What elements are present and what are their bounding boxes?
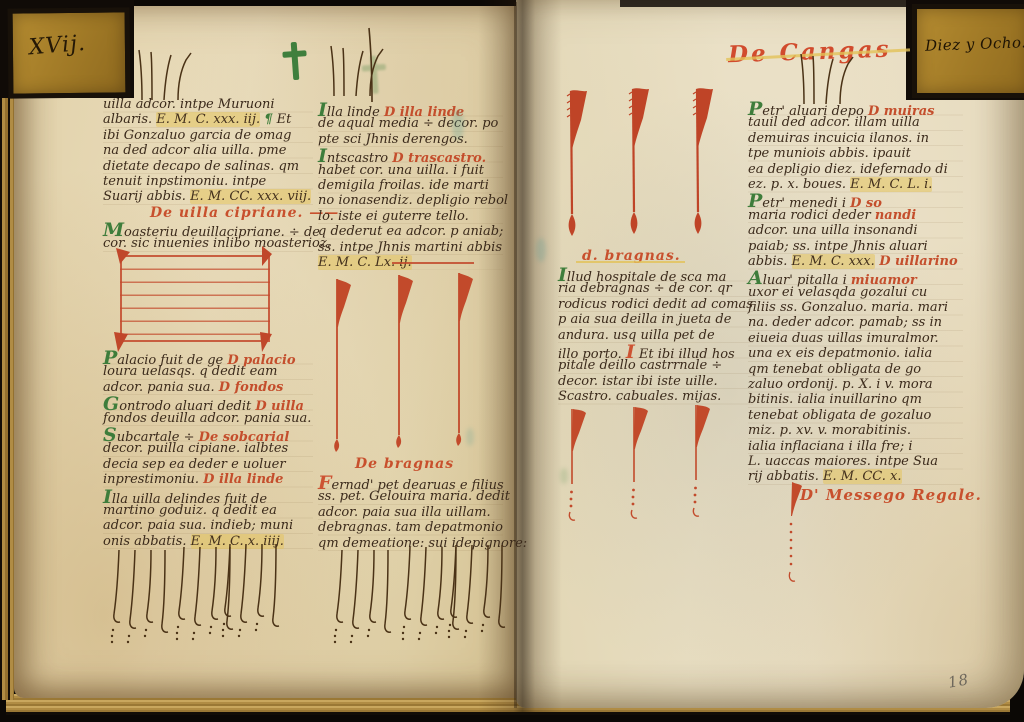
- text-segment: adcor. pania sua.: [103, 380, 219, 395]
- manuscript-line: tenebat obligata de gozaluo: [748, 408, 963, 423]
- text-segment: decor. istar ibi iste uille.: [558, 374, 718, 389]
- text-segment: L. uaccas maiores. intpe Sua: [748, 454, 938, 469]
- text-segment: adcor. paia sua illa uillam.: [318, 505, 491, 520]
- rubric-bragnas-left: De bragnas: [355, 456, 454, 472]
- manuscript-line: Subcartale ÷ De sobcarial: [103, 426, 313, 441]
- manuscript-line: illo porto. I Et ibi illud hos: [558, 343, 753, 358]
- text-segment: paiab; ss. intpe Jhnis aluari: [748, 239, 928, 254]
- text-segment: tenebat obligata de gozaluo: [748, 408, 931, 423]
- manuscript-line: eiueia duas uillas imuralmor.: [748, 331, 963, 346]
- text-segment: no ionasendiz. depligio rebol: [318, 193, 508, 208]
- manuscript-line: de aqual media ÷ decor. po: [318, 116, 503, 131]
- manuscript-line: na. deder adcor. pamab; ss in: [748, 315, 963, 330]
- manuscript-line: adcor. pania sua. D fondos: [103, 380, 313, 395]
- manuscript-line: filiis ss. Gonzaluo. maria. mari: [748, 300, 963, 315]
- text-block: Palacio fuit de ge D palacio loura uelas…: [103, 349, 313, 549]
- teal-smudge: [466, 428, 474, 446]
- text-segment: E. M. C. L. i.: [850, 177, 932, 192]
- text-segment: ss. pet. Gelouira maria. dedit: [318, 489, 510, 504]
- text-segment: lo. iste ei guterre tello.: [318, 209, 469, 224]
- manuscript-line: andura. usq uilla pet de: [558, 328, 753, 343]
- ink-flourish-icon: [130, 48, 200, 102]
- folio-tab-left: XVij.: [8, 7, 131, 98]
- text-segment: E. M. C. xxx.: [792, 254, 875, 269]
- manuscript-line: ria debragnas ÷ de cor. qr: [558, 281, 753, 296]
- manuscript-line: adcor. una uilla insonandi: [748, 223, 963, 238]
- text-segment: bitinis. ialia inuillarino qm: [748, 392, 922, 407]
- manuscript-line: Intscastro D trascastro.: [318, 147, 503, 162]
- text-segment: adcor. paia sua. indieb; muni: [103, 518, 293, 533]
- manuscript-line: ss. intpe Jhnis martini abbis: [318, 240, 503, 255]
- folio-tab-right: Diez y Ocho.: [912, 4, 1024, 98]
- manuscript-line: uilla adcor. intpe Muruoni: [103, 97, 313, 112]
- text-segment: tauil ded adcor. illam uilla: [748, 115, 920, 130]
- text-segment: ss. intpe Jhnis martini abbis: [318, 240, 502, 255]
- text-segment: E. M. CC. xxx. viij.: [190, 189, 311, 204]
- red-box-corner-flags-icon: [104, 240, 284, 352]
- manuscript-line: Petr' aluari depo D muiras: [748, 100, 963, 115]
- manuscript-line: adcor. paia sua illa uillam.: [318, 505, 503, 520]
- text-block: Fernad' pet dearuas e filius ss. pet. Ge…: [318, 474, 503, 551]
- text-segment: ria debragnas ÷ de cor. qr: [558, 281, 732, 296]
- text-segment: martino goduiz. q dedit ea: [103, 503, 277, 518]
- manuscript-line: qm tenebat obligata de go: [748, 362, 963, 377]
- text-segment: ¶: [264, 112, 272, 127]
- manuscript-line: paiab; ss. intpe Jhnis aluari: [748, 239, 963, 254]
- manuscript-line: Illa uilla delindes fuit de: [103, 488, 313, 503]
- red-pennant-dotted-icon: [566, 408, 596, 533]
- rubric-bragnas-right: d. bragnas.: [582, 248, 681, 264]
- text-segment: Scastro. cabuales. mijas.: [558, 389, 721, 404]
- manuscript-line: Illa linde D illa linde: [318, 101, 503, 116]
- text-segment: albaris.: [103, 112, 156, 127]
- manuscript-line: fondos deuilla adcor. pania sua.: [103, 411, 313, 426]
- text-segment: nandi: [875, 208, 916, 223]
- red-pennant-dotted-icon: [786, 482, 810, 592]
- manuscript-line: dietate decapo de salinas. qm: [103, 159, 313, 174]
- green-smudge: [560, 468, 568, 484]
- manuscript-line: debragnas. tam depatmonio: [318, 520, 503, 535]
- manuscript-line: Moasteriu deuillacipriane. ÷ de: [103, 221, 313, 236]
- text-segment: habet cor. una uilla. i fuit: [318, 163, 484, 178]
- text-segment: D fondos: [219, 380, 284, 395]
- text-segment: na. deder adcor. pamab; ss in: [748, 315, 942, 330]
- red-pennant-dotted-icon: [690, 404, 720, 529]
- left-page-edges: [0, 60, 14, 700]
- manuscript-line: ea depligio diez. idefernado di: [748, 162, 963, 177]
- text-block: Illa linde D illa linde de aqual media ÷…: [318, 101, 503, 270]
- text-segment: qm tenebat obligata de go: [748, 362, 921, 377]
- text-segment: decor. puilla cipiane. ialbtes: [103, 441, 288, 456]
- text-segment: filiis ss. Gonzaluo. maria. mari: [748, 300, 948, 315]
- ink-descenders-icon: [442, 545, 522, 645]
- text-segment: uxor ei velasqda gozalui cu: [748, 285, 927, 300]
- text-segment: p aia sua deilla in jueta de: [558, 312, 731, 327]
- text-segment: ialia inflaciana i illa fre; i: [748, 439, 913, 454]
- manuscript-line: miz. p. xv. v. morabitinis.: [748, 423, 963, 438]
- rubric-messego-regale: D' Messego Regale.: [800, 486, 982, 504]
- top-edge-line: [620, 0, 920, 7]
- red-pennant-icon: [392, 273, 422, 453]
- text-segment: de aqual media ÷ decor. po: [318, 116, 498, 131]
- manuscript-line: Fernad' pet dearuas e filius: [318, 474, 503, 489]
- manuscript-line: habet cor. una uilla. i fuit: [318, 163, 503, 178]
- red-pennant-large-icon: [686, 86, 726, 246]
- green-cross-icon: [282, 41, 309, 81]
- text-segment: pte sci Jhnis derengos.: [318, 132, 468, 147]
- manuscript-line: ibi Gonzaluo garcia de omag: [103, 128, 313, 143]
- manuscript-line: una ex eis depatmonio. ialia: [748, 346, 963, 361]
- folio-number-roman: XVij.: [28, 31, 87, 60]
- manuscript-line: rij abbatis. E. M. CC. x.: [748, 469, 963, 484]
- manuscript-line: demigila froilas. ide marti: [318, 178, 503, 193]
- manuscript-line: demuiras incuicia ilanos. in: [748, 131, 963, 146]
- text-segment: Suarij abbis.: [103, 189, 190, 204]
- text-segment: pitale deillo castrrnale ÷: [558, 358, 722, 373]
- manuscript-line: rodicus rodici dedit ad comas: [558, 297, 753, 312]
- manuscript-line: decor. puilla cipiane. ialbtes: [103, 441, 313, 456]
- text-segment: debragnas. tam depatmonio: [318, 520, 503, 535]
- manuscript-line: inprestimoniu. D illa linde: [103, 472, 313, 487]
- text-segment: na ded adcor alia uilla. pme: [103, 143, 286, 158]
- manuscript-line: no ionasendiz. depligio rebol: [318, 193, 503, 208]
- manuscript-line: martino goduiz. q dedit ea: [103, 503, 313, 518]
- text-segment: uilla adcor. intpe Muruoni: [103, 97, 275, 112]
- red-rule-line: [392, 262, 474, 264]
- rubric-villa-cipriane: De uilla cipriane. ——: [150, 205, 339, 221]
- manuscript-line: decor. istar ibi iste uille.: [558, 374, 753, 389]
- text-segment: una ex eis depatmonio. ialia: [748, 346, 932, 361]
- manuscript-line: Gontrodo aluari dedit D uilla: [103, 395, 313, 410]
- red-pennant-icon: [452, 271, 482, 451]
- text-segment: demigila froilas. ide marti: [318, 178, 489, 193]
- text-segment: D illa linde: [203, 472, 283, 487]
- text-segment: tenuit inpstimoniu. intpe: [103, 174, 266, 189]
- manuscript-line: zaluo ordonij. p. X. i v. mora: [748, 377, 963, 392]
- text-segment: tpe muniois abbis. ipauit: [748, 146, 911, 161]
- manuscript-book: XVij. Diez y Ocho. De Cangas uilla adcor…: [0, 0, 1024, 722]
- manuscript-line: lo. iste ei guterre tello.: [318, 209, 503, 224]
- manuscript-line: p aia sua deilla in jueta de: [558, 312, 753, 327]
- text-segment: fondos deuilla adcor. pania sua.: [103, 411, 311, 426]
- manuscript-line: Illud hospitale de sca ma: [558, 266, 753, 281]
- text-segment: dietate decapo de salinas. qm: [103, 159, 299, 174]
- manuscript-line: ss. pet. Gelouira maria. dedit: [318, 489, 503, 504]
- text-segment: E. M. C. xxx. iij.: [156, 112, 260, 127]
- text-segment: loura uelasqs. q dedit eam: [103, 364, 277, 379]
- manuscript-line: Petr' menedi i D so: [748, 192, 963, 207]
- text-segment: ibi Gonzaluo garcia de omag: [103, 128, 291, 143]
- manuscript-line: Palacio fuit de ge D palacio: [103, 349, 313, 364]
- text-segment: E. M. CC. x.: [823, 469, 902, 484]
- ink-flourish-icon: [360, 24, 390, 102]
- ink-descenders-icon: [216, 544, 296, 644]
- text-segment: zaluo ordonij. p. X. i v. mora: [748, 377, 933, 392]
- red-pennant-large-icon: [622, 86, 662, 246]
- text-segment: decia sep ea deder e uoluer: [103, 457, 286, 472]
- ink-flourish-icon: [792, 52, 862, 102]
- teal-smudge: [452, 110, 464, 140]
- manuscript-line: maria rodici deder nandi: [748, 208, 963, 223]
- text-block: Illud hospitale de sca ma ria debragnas …: [558, 266, 753, 405]
- teal-smudge: [536, 238, 546, 262]
- manuscript-line: abbis. E. M. C. xxx. D uillarino: [748, 254, 963, 269]
- manuscript-line: ez. p. x. boues. E. M. C. L. i.: [748, 177, 963, 192]
- text-segment: miz. p. xv. v. morabitinis.: [748, 423, 911, 438]
- pencil-page-number: 18: [947, 670, 971, 691]
- manuscript-line: decia sep ea deder e uoluer: [103, 457, 313, 472]
- manuscript-line: tpe muniois abbis. ipauit: [748, 146, 963, 161]
- manuscript-line: q dederut ea adcor. p aniab;: [318, 224, 503, 239]
- text-segment: demuiras incuicia ilanos. in: [748, 131, 929, 146]
- manuscript-line: bitinis. ialia inuillarino qm: [748, 392, 963, 407]
- text-segment: Et: [273, 112, 292, 127]
- text-segment: inprestimoniu.: [103, 472, 203, 487]
- folio-number-words: Diez y Ocho.: [925, 33, 1024, 55]
- manuscript-line: uxor ei velasqda gozalui cu: [748, 285, 963, 300]
- manuscript-line: tenuit inpstimoniu. intpe: [103, 174, 313, 189]
- manuscript-line: L. uaccas maiores. intpe Sua: [748, 454, 963, 469]
- manuscript-line: pte sci Jhnis derengos.: [318, 132, 503, 147]
- manuscript-line: Aluar' pitalla i miuamor: [748, 269, 963, 284]
- text-segment: D uillarino: [875, 254, 958, 269]
- text-segment: andura. usq uilla pet de: [558, 328, 715, 343]
- red-pennant-large-icon: [560, 88, 600, 248]
- text-segment: maria rodici deder: [748, 208, 875, 223]
- red-pennant-icon: [330, 277, 360, 457]
- manuscript-line: Suarij abbis. E. M. CC. xxx. viij.: [103, 189, 313, 204]
- manuscript-line: na ded adcor alia uilla. pme: [103, 143, 313, 158]
- text-segment: eiueia duas uillas imuralmor.: [748, 331, 939, 346]
- text-segment: adcor. una uilla insonandi: [748, 223, 918, 238]
- text-block: Petr' aluari depo D muiras tauil ded adc…: [748, 100, 963, 485]
- text-block: uilla adcor. intpe Muruoni albaris. E. M…: [103, 97, 313, 205]
- text-segment: ez. p. x. boues.: [748, 177, 850, 192]
- text-segment: ea depligio diez. idefernado di: [748, 162, 948, 177]
- manuscript-line: albaris. E. M. C. xxx. iij. ¶ Et: [103, 112, 313, 127]
- text-segment: rodicus rodici dedit ad comas: [558, 297, 753, 312]
- manuscript-line: ialia inflaciana i illa fre; i: [748, 439, 963, 454]
- manuscript-line: adcor. paia sua. indieb; muni: [103, 518, 313, 533]
- manuscript-line: Scastro. cabuales. mijas.: [558, 389, 753, 404]
- text-segment: q dederut ea adcor. p aniab;: [318, 224, 503, 239]
- red-pennant-dotted-icon: [628, 406, 658, 531]
